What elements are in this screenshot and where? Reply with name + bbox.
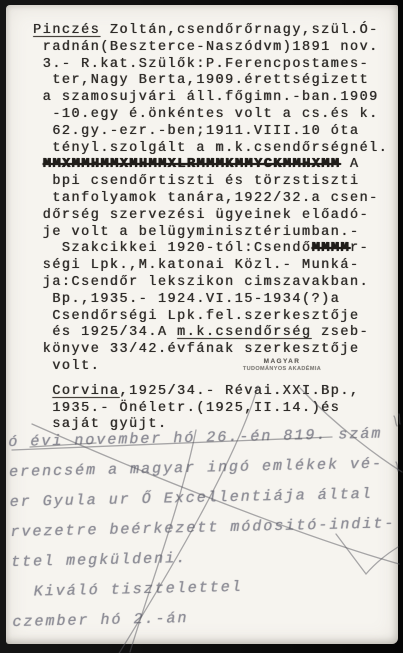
underlined-text: Pinczés [33,23,100,38]
text-run: Csendőrségi Lpk.fel.szerkesztője [33,309,359,324]
typed-line: tanfolyamok tanára,1922/32.a csen- [33,191,388,208]
text-run: ,1925/34.- Révai.XXI.Bp., [119,384,359,399]
typed-line: radnán(Beszterce-Naszódvm)1891 nov. [33,40,388,57]
typed-line: volt. [33,359,388,376]
text-run: czember hó 2.-án [12,610,188,631]
faint-carbon-text-block: ó évi november hó 26.-én 819. számerencs… [8,419,398,638]
typed-text-block: Pinczés Zoltán,csendőrőrnagy,szül.Ó- rad… [33,23,388,434]
text-run: ja:Csendőr lekszikon cimszavakban. [33,275,369,290]
text-run [33,157,43,172]
typed-line: Bp.,1935.- 1924.VI.15-1934(?)a [33,292,388,309]
typed-line: Corvina,1925/34.- Révai.XXI.Bp., [33,384,388,401]
text-run: Kiváló tisztelettel [12,579,243,601]
text-run: Zoltán,csendőrőrnagy,szül.Ó- [100,23,378,38]
text-run: a szamosujvári áll.főgimn.-ban.1909 [33,90,379,105]
typed-line: MMXMMHMMXMHMMXLRMMMKMMYCKMMHXMM A [33,157,388,174]
text-run: dőrség szervezési ügyeinek előadó- [33,208,369,223]
overstruck-text: MMMM [311,241,349,256]
typed-line: 62.gy.-ezr.-ben;1911.VIII.10 óta [33,124,388,141]
text-run: 3.- R.kat.Szülők:P.Ferencpostames- [33,57,369,72]
text-run: 1935.- Önéletr.(1925,II.14.)és [33,401,340,416]
typed-line: bpi csendőrtiszti és törzstiszti [33,174,388,191]
text-run: ttel megküldeni. [11,550,187,571]
text-run: -10.egy é.önkéntes volt a cs.és k. [33,107,379,122]
text-run: tanfolyamok tanára,1922/32.a csen- [33,191,379,206]
typed-line: ter,Nagy Berta,1909.érettségizett [33,73,388,90]
text-run: és 1925/34.A [33,325,177,340]
typed-line: -10.egy é.önkéntes volt a cs.és k. [33,107,388,124]
underlined-text: Corvina [52,384,119,399]
text-run: ó évi november hó 26.-én 819. szám [8,426,382,451]
text-run: radnán(Beszterce-Naszódvm)1891 nov. [33,40,379,55]
typed-line: ja:Csendőr lekszikon cimszavakban. [33,275,388,292]
typed-line: 3.- R.kat.Szülők:P.Ferencpostames- [33,57,388,74]
text-run: Bp.,1935.- 1924.VI.15-1934(?)a [33,292,340,307]
text-run: 62.gy.-ezr.-ben;1911.VIII.10 óta [33,124,359,139]
text-run: zseb- [311,325,369,340]
overstruck-text: MMXMMHMMXMHMMXLRMMMKMMYCKMMHXMM [43,157,341,172]
typed-line: Pinczés Zoltán,csendőrőrnagy,szül.Ó- [33,23,388,40]
underlined-text: m.k.csendőrség [177,325,311,340]
index-card: Pinczés Zoltán,csendőrőrnagy,szül.Ó- rad… [6,5,398,644]
text-run [33,384,52,399]
text-run: Szakcikkei 1920-tól:Csendő [33,241,311,256]
typed-line: je volt a belügyminisztériumban.- [33,225,388,242]
text-run: je volt a belügyminisztériumban.- [33,225,359,240]
text-run: er Gyula ur Ő Excellentiája által [9,486,372,511]
stamp-line-1: MAGYAR [232,358,332,366]
typed-line: Szakcikkei 1920-tól:CsendőMMMMr- [33,241,388,258]
typed-line: 1935.- Önéletr.(1925,II.14.)és [33,401,388,418]
photo-background: Pinczés Zoltán,csendőrőrnagy,szül.Ó- rad… [0,0,403,653]
typed-line: tényl.szolgált a m.k.csendőrségnél. [33,141,388,158]
stamp-line-2: TUDOMÁNYOS AKADÉMIA [232,366,332,373]
typed-line: Csendőrségi Lpk.fel.szerkesztője [33,309,388,326]
text-run: ter,Nagy Berta,1909.érettségizett [33,73,369,88]
text-run: erencsém a magyar ingó emlékek vé- [9,456,383,481]
text-run: volt. [33,359,100,374]
typed-line: és 1925/34.A m.k.csendőrség zseb- [33,325,388,342]
text-run: rvezetre beérkezett módositó-indit- [10,515,395,541]
text-run: A [340,157,359,172]
typed-line: könyve 33/42.évfának szerkesztője [33,342,388,359]
text-run: könyve 33/42.évfának szerkesztője [33,342,359,357]
text-run: r- [350,241,369,256]
typed-line: dőrség szervezési ügyeinek előadó- [33,208,388,225]
text-run: tényl.szolgált a m.k.csendőrségnél. [33,141,388,156]
typed-line: ségi Lpk.,M.katonai Közl.- Munká- [33,258,388,275]
text-run: bpi csendőrtiszti és törzstiszti [33,174,359,189]
academy-stamp: MAGYAR TUDOMÁNYOS AKADÉMIA [232,358,332,373]
text-run: ségi Lpk.,M.katonai Közl.- Munká- [33,258,359,273]
typed-line: a szamosujvári áll.főgimn.-ban.1909 [33,90,388,107]
